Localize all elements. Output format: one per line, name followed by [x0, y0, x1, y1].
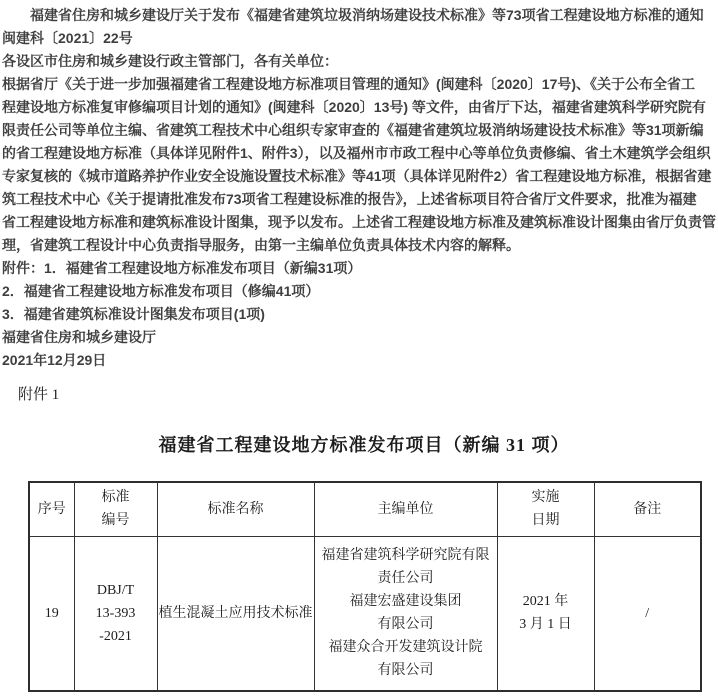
notice-line: 的省工程建设地方标准（具体详见附件1、附件3），以及福州市市政工程中心等单位负责… [2, 142, 716, 165]
notice-body: 福建省住房和城乡建设厅关于发布《福建省建筑垃圾消纳场建设技术标准》等73项省工程… [2, 4, 716, 372]
notice-line: 限责任公司等单位主编、省建筑工程技术中心组织专家审查的《福建省建筑垃圾消纳场建设… [2, 119, 716, 142]
notice-line: 程建设地方标准复审修编项目计划的通知》(闽建科〔2020〕13号) 等文件，由省… [2, 96, 716, 119]
cell-seq: 19 [29, 536, 74, 691]
col-header-seq: 序号 [29, 482, 74, 536]
cell-code: DBJ/T 13-393 -2021 [74, 536, 157, 691]
notice-doc-number: 闽建科〔2021〕22号 [2, 27, 716, 50]
standards-table: 序号 标准 编号 标准名称 主编单位 实施 日期 备注 19 DBJ/T 13-… [28, 481, 702, 692]
col-header-editors: 主编单位 [314, 482, 497, 536]
table-row: 19 DBJ/T 13-393 -2021 植生混凝土应用技术标准 福建省建筑科… [29, 536, 701, 691]
col-header-code: 标准 编号 [74, 482, 157, 536]
notice-line: 理，省建筑工程设计中心负责指导服务，由第一主编单位负责具体技术内容的解释。 [2, 234, 716, 257]
table-header-row: 序号 标准 编号 标准名称 主编单位 实施 日期 备注 [29, 482, 701, 536]
notice-attachment-list-2: 2．福建省工程建设地方标准发布项目（修编41项） [2, 280, 716, 303]
notice-line: 根据省厅《关于进一步加强福建省工程建设地方标准项目管理的通知》(闽建科〔2020… [2, 73, 716, 96]
notice-line: 专家复核的《城市道路养护作业安全设施设置技术标准》等41项（具体详见附件2）省工… [2, 165, 716, 188]
cell-remark: / [594, 536, 701, 691]
table-title: 福建省工程建设地方标准发布项目（新编 31 项） [28, 431, 700, 457]
notice-date: 2021年12月29日 [2, 349, 716, 372]
col-header-date: 实施 日期 [497, 482, 594, 536]
notice-attachment-list-3: 3．福建省建筑标准设计图集发布项目(1项) [2, 303, 716, 326]
cell-date: 2021 年 3 月 1 日 [497, 536, 594, 691]
notice-title-line: 福建省住房和城乡建设厅关于发布《福建省建筑垃圾消纳场建设技术标准》等73项省工程… [2, 4, 716, 27]
notice-line: 筑工程技术中心《关于提请批准发布73项省工程建设标准的报告》，上述省标项目符合省… [2, 188, 716, 211]
attachment-label: 附件 1 [18, 383, 59, 404]
col-header-remark: 备注 [594, 482, 701, 536]
notice-issuer: 福建省住房和城乡建设厅 [2, 326, 716, 349]
notice-line: 省工程建设地方标准和建筑标准设计图集，现予以发布。上述省工程建设地方标准及建筑标… [2, 211, 716, 234]
notice-addressee: 各设区市住房和城乡建设行政主管部门，各有关单位： [2, 50, 716, 73]
document-page: 福建省住房和城乡建设厅关于发布《福建省建筑垃圾消纳场建设技术标准》等73项省工程… [0, 0, 718, 697]
col-header-name: 标准名称 [157, 482, 314, 536]
cell-name: 植生混凝土应用技术标准 [157, 536, 314, 691]
notice-attachment-list-1: 附件：1．福建省工程建设地方标准发布项目（新编31项） [2, 257, 716, 280]
cell-editors: 福建省建筑科学研究院有限 责任公司 福建宏盛建设集团 有限公司 福建众合开发建筑… [314, 536, 497, 691]
